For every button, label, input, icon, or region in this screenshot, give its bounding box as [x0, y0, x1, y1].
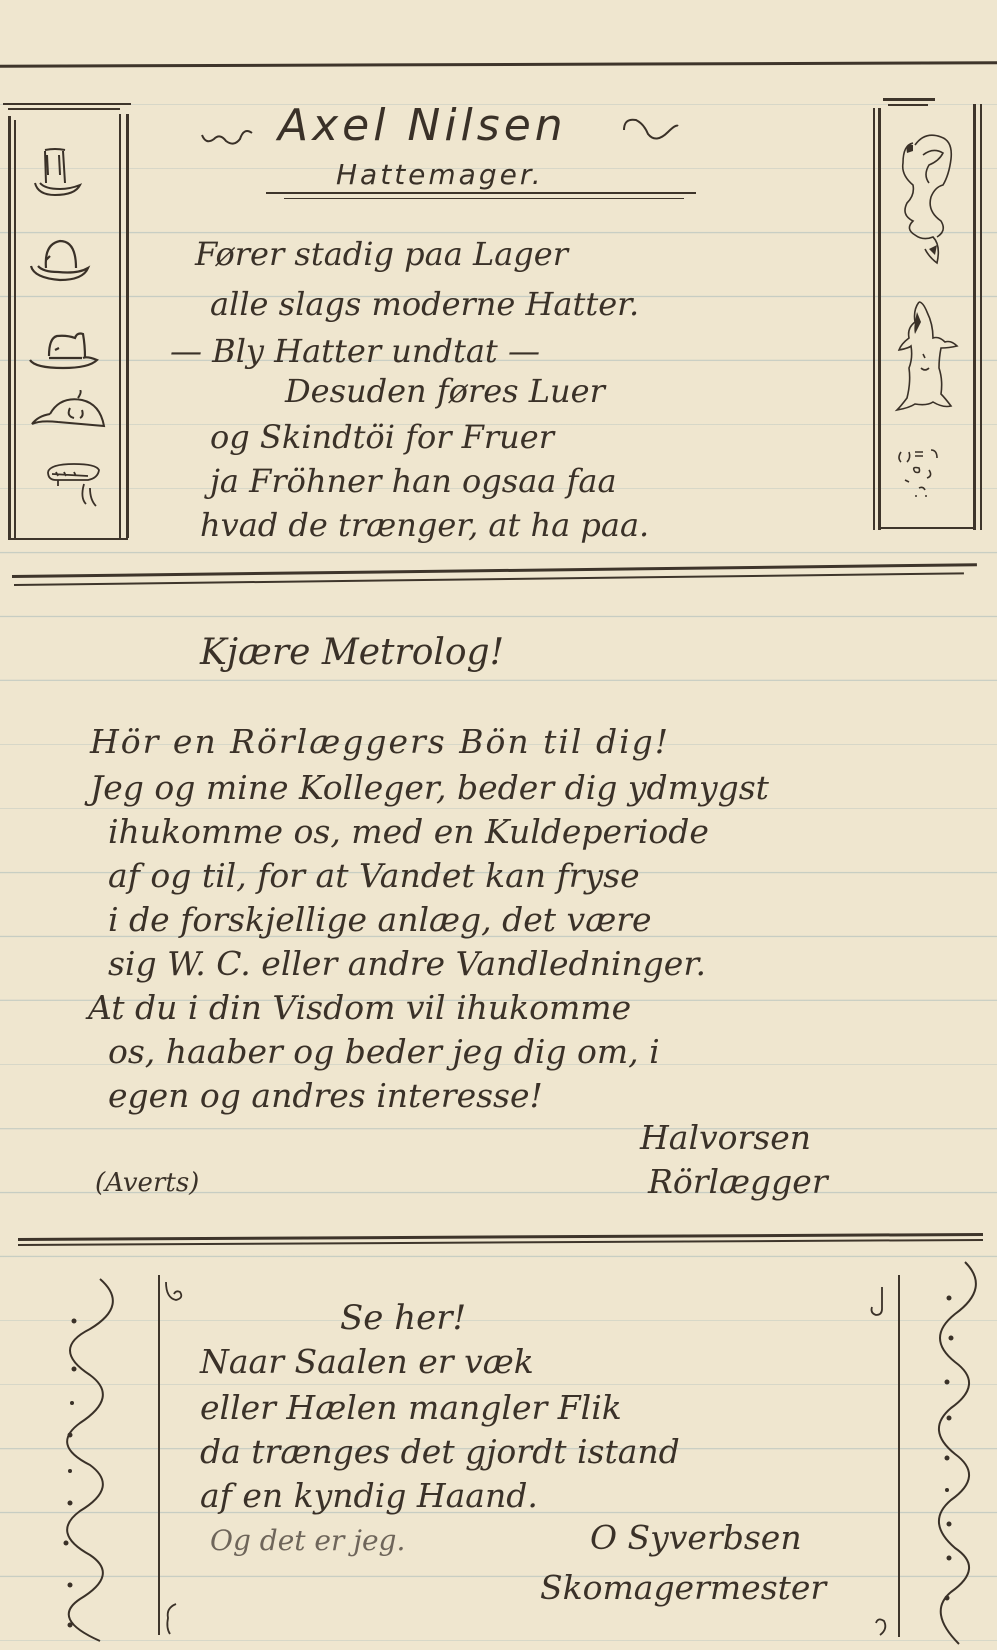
fur-hat-icon [44, 462, 104, 524]
right-frame-left-outer [873, 108, 875, 530]
letter-line-9: egen og andres interesse! [108, 1076, 543, 1115]
left-frame-outer-line [8, 116, 11, 540]
hatmaker-line-3: — Bly Hatter undtat — [170, 332, 540, 370]
letter-line-8: os, haaber og beder jeg dig om, i [108, 1032, 660, 1071]
hatmaker-trade: Hattemager. [336, 158, 544, 191]
shoemaker-heading: Se her! [340, 1298, 466, 1338]
left-frame-inner-line [14, 120, 16, 540]
hatmaker-line-7: hvad de trænger, at ha paa. [200, 506, 649, 544]
frame-curl-bottom-left-icon [162, 1600, 192, 1636]
trade-underline-2 [284, 198, 684, 199]
hatmaker-line-1: Fører stadig paa Lager [195, 235, 568, 273]
letter-signature-title: Rörlægger [648, 1162, 828, 1201]
left-frame-right-inner [126, 114, 129, 538]
bowler-hat-icon [28, 238, 92, 286]
letter-line-7: At du i din Visdom vil ihukomme [88, 988, 631, 1027]
hatmaker-line-2: alle slags moderne Hatter. [210, 285, 639, 323]
letter-line-5: i de forskjellige anlæg, det være [108, 900, 652, 939]
letter-line-3: ihukomme os, med en Kuldeperiode [108, 812, 709, 851]
shoemaker-signature-title: Skomagermester [540, 1568, 826, 1607]
right-frame-left-inner [878, 108, 881, 530]
top-hat-icon [30, 145, 90, 205]
fedora-hat-icon [27, 330, 99, 372]
letter-line-2: Jeg og mine Kolleger, beder dig ydmygst [90, 768, 769, 807]
left-frame-bottom [8, 538, 128, 540]
frame-curl-bottom-right-icon [866, 1605, 896, 1637]
shoemaker-line-4: af en kyndig Haand. [200, 1476, 538, 1515]
letter-line-6: sig W. C. eller andre Vandledninger. [108, 944, 706, 983]
hatmaker-line-5: og Skindtöi for Fruer [210, 418, 554, 456]
letter-signature-name: Halvorsen [640, 1118, 811, 1157]
letter-salutation: Kjære Metrolog! [200, 632, 504, 673]
left-frame-top [3, 103, 131, 105]
fur-stole-icon [893, 125, 959, 265]
frame-curl-top-left-icon [162, 1280, 192, 1310]
letter-line-4: af og til, for at Vandet kan fryse [108, 856, 640, 895]
left-flourish-icon [200, 125, 260, 149]
hatmaker-line-4: Desuden føres Luer [285, 372, 605, 410]
left-wave-border-icon [30, 1275, 120, 1645]
left-frame-right-outer [119, 114, 121, 538]
shoemaker-frame-left [158, 1275, 160, 1635]
shoemaker-pencil-note: Og det er jeg. [210, 1524, 405, 1557]
shoemaker-line-2: eller Hælen mangler Flik [200, 1388, 622, 1427]
right-frame-top-inner [888, 104, 928, 106]
hatmaker-line-6: ja Fröhner han ogsaa faa [210, 462, 617, 500]
right-frame-right-outer [980, 104, 982, 530]
shoemaker-line-3: da trænges det gjordt istand [200, 1432, 680, 1471]
shoemaker-frame-right [898, 1275, 900, 1637]
letter-line-1: Hör en Rörlæggers Bön til dig! [90, 722, 670, 761]
right-flourish-icon [620, 112, 680, 146]
cap-icon [30, 390, 106, 438]
fur-mask-icon [895, 448, 951, 508]
right-wave-border-icon [915, 1258, 995, 1648]
right-frame-bottom [878, 527, 976, 529]
hatmaker-name: Axel Nilsen [278, 100, 567, 151]
left-frame-top-inner [8, 108, 120, 110]
trade-underline [266, 192, 696, 194]
shoemaker-line-1: Naar Saalen er væk [200, 1342, 534, 1381]
shoemaker-signature-name: O Syverbsen [590, 1518, 802, 1557]
top-divider [0, 61, 997, 67]
fur-skin-icon [893, 298, 959, 418]
letter-note: (Averts) [95, 1168, 199, 1198]
right-frame-right-inner [973, 104, 976, 530]
right-frame-top [883, 98, 935, 101]
frame-curl-top-right-icon [866, 1285, 896, 1321]
